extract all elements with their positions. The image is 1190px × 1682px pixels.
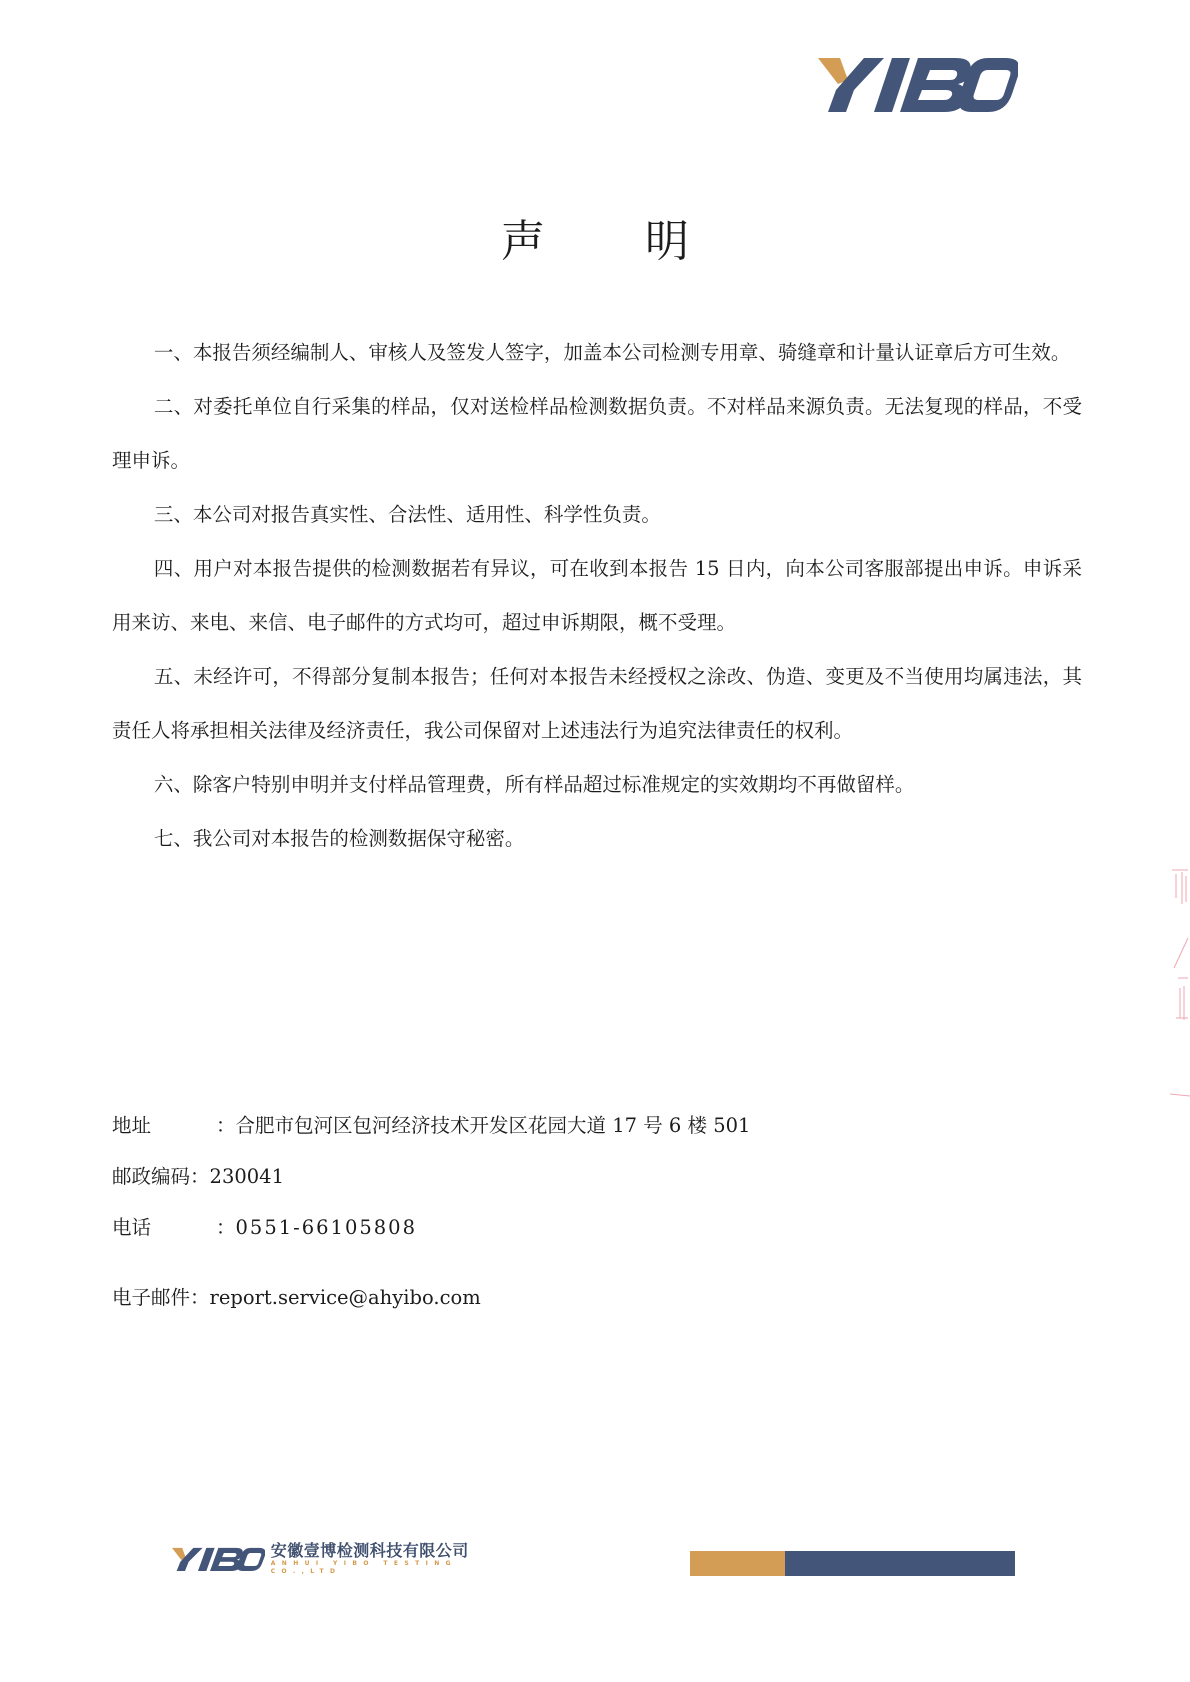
- postcode-row: 邮政编码：230041: [112, 1161, 284, 1189]
- email-sep: ：: [190, 1286, 210, 1309]
- declaration-item-2: 二、对委托单位自行采集的样品，仅对送检样品检测数据负责。不对样品来源负责。无法复…: [112, 380, 1082, 488]
- page-title: 声明: [0, 205, 1190, 269]
- postcode-sep: ：: [190, 1165, 210, 1188]
- email-row: 电子邮件：report.service@ahyibo.com: [112, 1282, 481, 1310]
- postcode-label: 邮政编码: [112, 1161, 190, 1189]
- declaration-body: 一、本报告须经编制人、审核人及签发人签字，加盖本公司检测专用章、骑缝章和计量认证…: [112, 326, 1082, 866]
- address-row: 地址：合肥市包河区包河经济技术开发区花园大道 17 号 6 楼 501: [112, 1110, 750, 1138]
- footer-company-name: 安徽壹博检测科技有限公司 ANHUI YIBO TESTING CO.,LTD: [271, 1542, 512, 1576]
- footer-company-logo: 安徽壹博检测科技有限公司 ANHUI YIBO TESTING CO.,LTD: [172, 1541, 512, 1577]
- phone-row: 电话：0551-66105808: [112, 1212, 417, 1240]
- email-value: report.service@ahyibo.com: [210, 1286, 481, 1309]
- company-logo: [818, 50, 1018, 116]
- declaration-item-1: 一、本报告须经编制人、审核人及签发人签字，加盖本公司检测专用章、骑缝章和计量认证…: [112, 326, 1082, 380]
- title-char-1: 声: [501, 205, 545, 269]
- seal-stamp-fragment-icon: [1168, 868, 1190, 1100]
- address-value: 合肥市包河区包河经济技术开发区花园大道 17 号 6 楼 501: [236, 1114, 751, 1137]
- declaration-item-4: 四、用户对本报告提供的检测数据若有异议，可在收到本报告 15 日内，向本公司客服…: [112, 542, 1082, 650]
- footer-bar-primary: [785, 1551, 1015, 1576]
- postcode-value: 230041: [210, 1165, 284, 1188]
- declaration-item-3: 三、本公司对报告真实性、合法性、适用性、科学性负责。: [112, 488, 1082, 542]
- company-name-cn: 安徽壹博检测科技有限公司: [271, 1542, 512, 1560]
- declaration-item-7: 七、我公司对本报告的检测数据保守秘密。: [112, 812, 1082, 866]
- footer-bar-accent: [690, 1551, 785, 1576]
- address-label: 地址: [112, 1110, 216, 1138]
- declaration-item-5: 五、未经许可，不得部分复制本报告；任何对本报告未经授权之涂改、伪造、变更及不当使…: [112, 650, 1082, 758]
- phone-label: 电话: [112, 1212, 216, 1240]
- footer-color-bar: [690, 1551, 1015, 1576]
- footer-yibo-logo-icon: [172, 1544, 265, 1574]
- yibo-logo-icon: [818, 50, 1018, 116]
- title-char-2: 明: [645, 205, 689, 269]
- address-sep: ：: [216, 1114, 236, 1137]
- company-name-en: ANHUI YIBO TESTING CO.,LTD: [271, 1560, 512, 1576]
- email-label: 电子邮件: [112, 1282, 190, 1310]
- declaration-item-6: 六、除客户特别申明并支付样品管理费，所有样品超过标准规定的实效期均不再做留样。: [112, 758, 1082, 812]
- phone-sep: ：: [216, 1216, 236, 1239]
- phone-value: 0551-66105808: [236, 1216, 417, 1239]
